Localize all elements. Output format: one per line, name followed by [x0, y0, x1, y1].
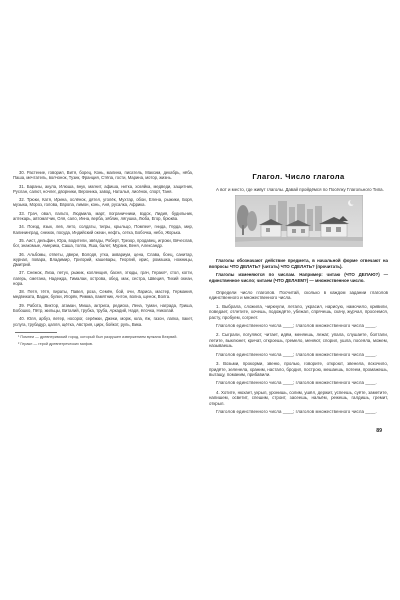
exercise-item-35: 35. Аист, дельфин, Юра, водители, звёзды…	[13, 238, 193, 248]
illustration-frame	[209, 195, 388, 252]
exercise-item-40: 40. Юля, арбуз, ветер, носорог, серёжки,…	[13, 316, 193, 326]
screenshot-root: { "left_page": { "exercises": [ {"text":…	[0, 0, 400, 600]
left-page: 30. Растение, говорил, Витя, борец, Конь…	[0, 160, 200, 434]
exercise-item-38: 38. Петя, тётя, пираты, Павел, роза, Сем…	[13, 289, 193, 299]
exercise-item-39: 39. Работа, Виктор, атаман, Миша, актрис…	[13, 303, 193, 313]
book-spread: 30. Растение, говорил, Витя, борец, Конь…	[0, 160, 400, 434]
intro-paragraph: А вот и место, где живут глаголы. Давай …	[209, 187, 388, 192]
exercise-item-37: 37. Снежок, Лиза, петух, рыжик, коллекци…	[13, 270, 193, 286]
answer-blank-line-4: Глаголов единственного числа ____; глаго…	[209, 409, 388, 414]
footnote-herakles: ² Геракл — герой древнегреческих мифов.	[13, 342, 193, 347]
footnote-divider	[15, 332, 57, 333]
answer-blank-line-2: Глаголов единственного числа ____; глаго…	[209, 352, 388, 357]
verb-list-item-3: 3. Возьми, прокорми, звеню, пролью, гово…	[209, 361, 388, 377]
grammar-rule-number: Глаголы изменяются по числам. Например: …	[209, 272, 388, 283]
exercise-item-32: 32. Трюки, Катя, Ирина, ослёнок, дятел, …	[13, 197, 193, 207]
grammar-rule-definition: Глаголы обозначают действие предмета, в …	[209, 258, 388, 269]
exercise-item-34: 34. Поезд, язык, лев, лето, солдаты, тиг…	[13, 224, 193, 234]
village-illustration	[235, 195, 363, 247]
verb-list-item-2: 2. Сыграли, погуляют, читает, идём, меня…	[209, 332, 388, 348]
answer-blank-line-1: Глаголов единственного числа ____; глаго…	[209, 323, 388, 328]
verb-list-item-1: 1. Выбрала, сложила, чиркнули, летало, у…	[209, 304, 388, 320]
road	[235, 237, 363, 247]
answer-blank-line-3: Глаголов единственного числа ____; глаго…	[209, 380, 388, 385]
right-page: Глагол. Число глагола А вот и место, где…	[200, 160, 400, 434]
exercise-item-30: 30. Растение, говорил, Витя, борец, Конь…	[13, 170, 193, 180]
verb-list-item-4: 4. Хотите, нюхает, укрыл, уронишь, солим…	[209, 390, 388, 406]
exercise-item-36: 36. Альбомы, ответы, двери, Володя, утка…	[13, 252, 193, 268]
chapter-title: Глагол. Число глагола	[209, 172, 388, 181]
exercise-item-33: 33. Грач, овал, пальто, Людмила, март, п…	[13, 211, 193, 221]
exercise-item-31: 31. Бараны, акула, Илюша, внук, магнит, …	[13, 184, 193, 194]
footnote-pompeii: ¹ Помпеи — древнеримский город, который …	[13, 335, 193, 340]
page-number: 89	[209, 428, 388, 434]
task-instruction: Определи число глаголов. Посчитай, сколь…	[209, 290, 388, 301]
